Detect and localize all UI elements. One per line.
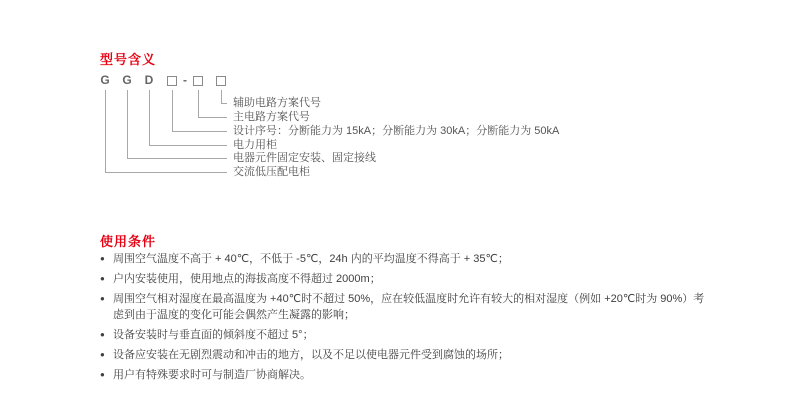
bullet-icon: ● <box>100 291 113 307</box>
condition-item-6: ● 用户有特殊要求时可与制造厂协商解决。 <box>100 367 714 383</box>
model-code-box-2 <box>193 76 203 86</box>
connector-vline-4 <box>172 90 173 131</box>
model-label-fixed-install: 电器元件固定安装、固定接线 <box>233 151 376 165</box>
model-label-power-cabinet: 电力用柜 <box>233 138 277 152</box>
connector-vline-6 <box>221 90 222 103</box>
model-label-aux-circuit: 辅助电路方案代号 <box>233 96 321 110</box>
condition-text-6: 用户有特殊要求时可与制造厂协商解决。 <box>113 367 714 383</box>
model-label-design-serial: 设计序号：分断能力为 15kA；分断能力为 30kA；分断能力为 50kA <box>233 124 559 138</box>
condition-item-2: ● 户内安装使用，使用地点的海拔高度不得超过 2000m； <box>100 271 714 287</box>
conditions-list: ● 周围空气温度不高于 + 40℃，不低于 -5℃，24h 内的平均温度不得高于… <box>100 251 714 387</box>
bullet-icon: ● <box>100 271 113 287</box>
condition-text-3: 周围空气相对湿度在最高温度为 +40℃时不超过 50%，应在较低温度时允许有较大… <box>113 291 714 323</box>
connector-hline-1 <box>221 103 227 104</box>
model-label-ac-lv-cabinet: 交流低压配电柜 <box>233 165 310 179</box>
condition-text-1: 周围空气温度不高于 + 40℃，不低于 -5℃，24h 内的平均温度不得高于 +… <box>113 251 714 267</box>
condition-text-5: 设备应安装在无剧烈震动和冲击的地方，以及不足以使电器元件受到腐蚀的场所； <box>113 347 714 363</box>
model-code-box-1 <box>167 76 177 86</box>
condition-text-2: 户内安装使用，使用地点的海拔高度不得超过 2000m； <box>113 271 714 287</box>
bullet-icon: ● <box>100 251 113 267</box>
condition-text-4: 设备安装时与垂直面的倾斜度不超过 5°； <box>113 327 714 343</box>
condition-item-1: ● 周围空气温度不高于 + 40℃，不低于 -5℃，24h 内的平均温度不得高于… <box>100 251 714 267</box>
connector-hline-6 <box>105 172 227 173</box>
connector-hline-5 <box>127 158 227 159</box>
connector-vline-3 <box>149 90 150 145</box>
bullet-icon: ● <box>100 327 113 343</box>
section-title-usage-conditions: 使用条件 <box>100 231 156 250</box>
model-code-box-3 <box>216 76 226 86</box>
bullet-icon: ● <box>100 347 113 363</box>
model-code-letter-1: G <box>100 73 109 87</box>
model-label-main-circuit: 主电路方案代号 <box>233 110 310 124</box>
bullet-icon: ● <box>100 367 113 383</box>
model-code-separator: - <box>183 73 187 87</box>
connector-hline-4 <box>149 145 227 146</box>
connector-hline-3 <box>172 131 227 132</box>
model-code-letter-3: D <box>145 73 154 87</box>
connector-vline-1 <box>105 90 106 172</box>
connector-hline-2 <box>198 117 227 118</box>
catalog-page: 型号含义 G G D - 辅助电路方案代号 主电路方案代号 设计序号：分断能力为… <box>0 0 800 408</box>
model-code-letter-2: G <box>122 73 131 87</box>
connector-vline-2 <box>127 90 128 158</box>
connector-vline-5 <box>198 90 199 117</box>
condition-item-4: ● 设备安装时与垂直面的倾斜度不超过 5°； <box>100 327 714 343</box>
condition-item-5: ● 设备应安装在无剧烈震动和冲击的地方，以及不足以使电器元件受到腐蚀的场所； <box>100 347 714 363</box>
condition-item-3: ● 周围空气相对湿度在最高温度为 +40℃时不超过 50%，应在较低温度时允许有… <box>100 291 714 323</box>
section-title-model-meaning: 型号含义 <box>100 49 156 68</box>
